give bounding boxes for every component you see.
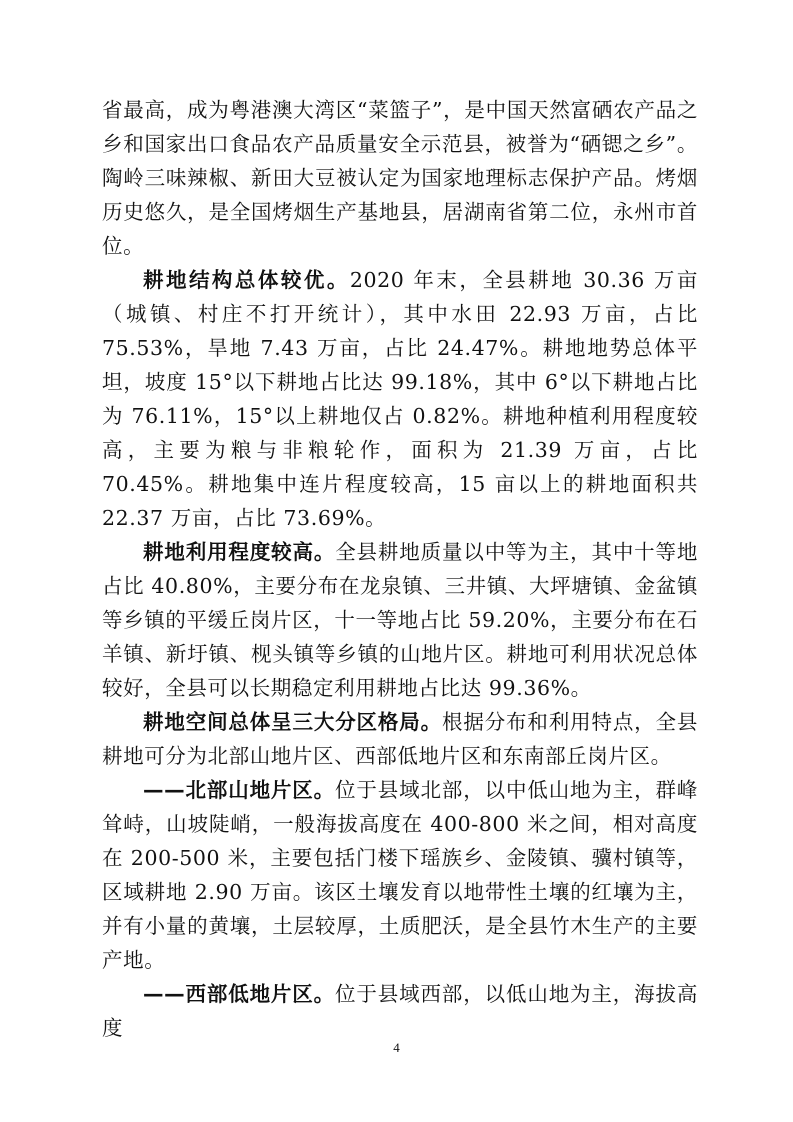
paragraph-text: 2020 年末，全县耕地 30.36 万亩（城镇、村庄不打开统计），其中水田 2…: [102, 268, 698, 530]
paragraph-text: 位于县域北部，以中低山地为主，群峰耸峙，山坡陡峭，一般海拔高度在 400-800…: [102, 778, 698, 972]
paragraph-lead: ——西部低地片区。: [143, 982, 335, 1006]
paragraph-farmland-utilization: 耕地利用程度较高。全县耕地质量以中等为主，其中十等地占比 40.80%，主要分布…: [102, 535, 698, 705]
paragraph-western-lowland-zone: ——西部低地片区。位于县域西部，以低山地为主，海拔高度: [102, 977, 698, 1045]
paragraph-lead: 耕地利用程度较高。: [143, 540, 335, 564]
paragraph-lead: 耕地空间总体呈三大分区格局。: [143, 710, 442, 734]
paragraph-intro-continued: 省最高，成为粤港澳大湾区“菜篮子”，是中国天然富硒农产品之乡和国家出口食品农产品…: [102, 93, 698, 263]
paragraph-farmland-structure: 耕地结构总体较优。2020 年末，全县耕地 30.36 万亩（城镇、村庄不打开统…: [102, 263, 698, 535]
paragraph-northern-mountain-zone: ——北部山地片区。位于县域北部，以中低山地为主，群峰耸峙，山坡陡峭，一般海拔高度…: [102, 773, 698, 977]
paragraph-lead: 耕地结构总体较优。: [143, 268, 350, 292]
paragraph-lead: ——北部山地片区。: [143, 778, 335, 802]
paragraph-text: 省最高，成为粤港澳大湾区“菜篮子”，是中国天然富硒农产品之乡和国家出口食品农产品…: [102, 98, 698, 258]
page-number: 4: [0, 1040, 793, 1056]
paragraph-text: 全县耕地质量以中等为主，其中十等地占比 40.80%，主要分布在龙泉镇、三井镇、…: [102, 540, 698, 700]
document-page: 省最高，成为粤港澳大湾区“菜篮子”，是中国天然富硒农产品之乡和国家出口食品农产品…: [102, 93, 698, 1045]
paragraph-spatial-pattern: 耕地空间总体呈三大分区格局。根据分布和利用特点，全县耕地可分为北部山地片区、西部…: [102, 705, 698, 773]
